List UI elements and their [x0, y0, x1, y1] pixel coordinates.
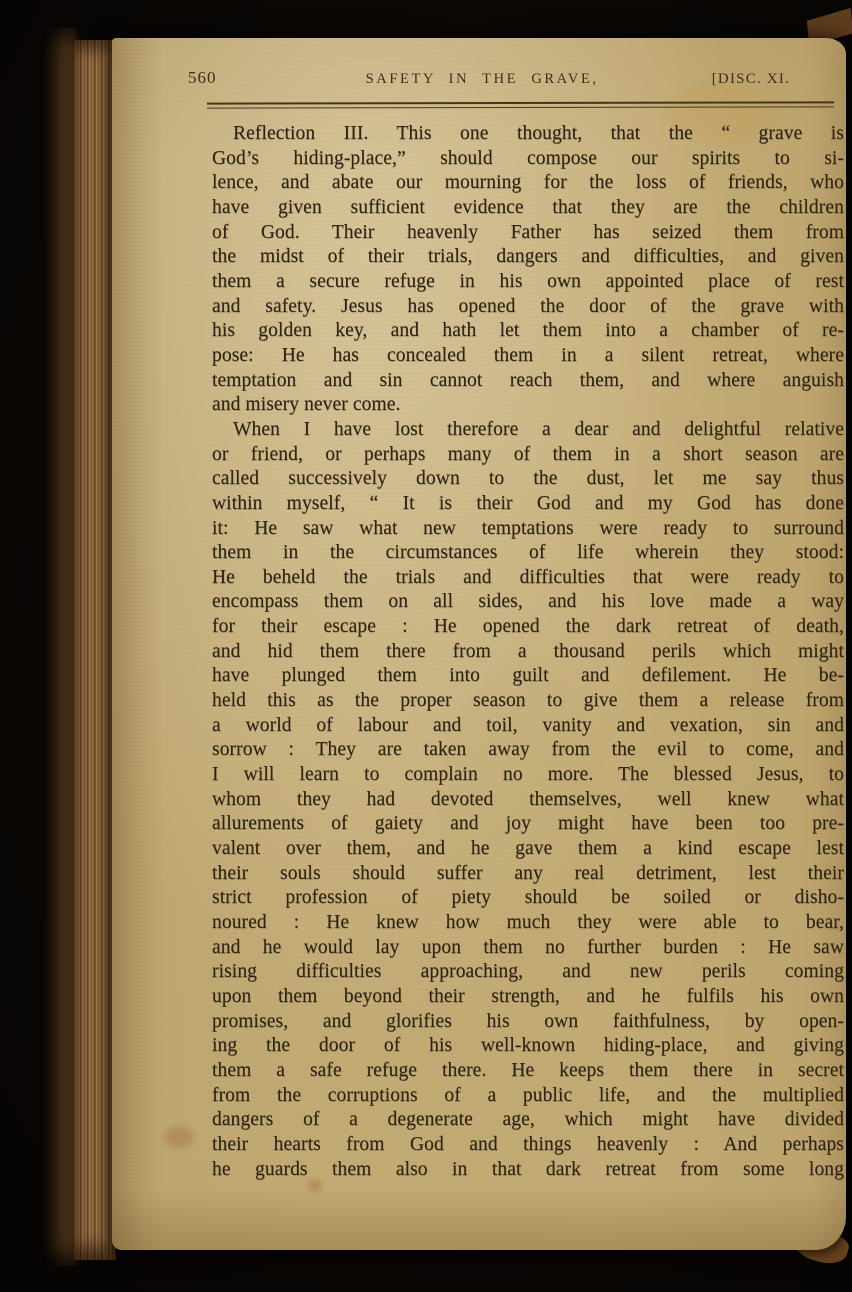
text-line: lence, and abate our mourning for the lo…	[212, 171, 844, 196]
text-line: rising difficulties approaching, and new…	[212, 960, 844, 985]
text-line: valent over them, and he gave them a kin…	[212, 837, 844, 862]
text-line: Reflection III. This one thought, that t…	[212, 122, 844, 147]
text-line: it: He saw what new temptations were rea…	[212, 517, 844, 542]
book-page-edges	[73, 40, 116, 1260]
text-line: allurements of gaiety and joy might have…	[212, 812, 844, 837]
text-line: promises, and glorifies his own faithful…	[212, 1010, 844, 1035]
section-label: [DISC. XI.	[712, 71, 790, 88]
text-line: of God. Their heavenly Father has seized…	[212, 221, 844, 246]
text-line: or friend, or perhaps many of them in a …	[212, 443, 844, 468]
running-header: 560 SAFETY IN THE GRAVE, [DISC. XI.	[112, 68, 846, 88]
text-line: noured : He knew how much they were able…	[212, 911, 844, 936]
text-line: his golden key, and hath let them into a…	[212, 319, 844, 344]
running-title: SAFETY IN THE GRAVE,	[366, 71, 599, 88]
text-line: strict profession of piety should be soi…	[212, 886, 844, 911]
text-line: their hearts from God and things heavenl…	[212, 1133, 844, 1158]
text-line: temptation and sin cannot reach them, an…	[212, 369, 844, 394]
text-line: called successively down to the dust, le…	[212, 467, 844, 492]
book-page: 560 SAFETY IN THE GRAVE, [DISC. XI. Refl…	[112, 38, 846, 1250]
text-line: a world of labour and toil, vanity and v…	[212, 714, 844, 739]
paper-stain	[164, 1126, 194, 1148]
text-line: within myself, “ It is their God and my …	[212, 492, 844, 517]
page-body: Reflection III. This one thought, that t…	[212, 122, 844, 1182]
text-line: them a secure refuge in his own appointe…	[212, 270, 844, 295]
text-line: held this as the proper season to give t…	[212, 689, 844, 714]
text-line: and misery never come.	[212, 393, 844, 418]
text-line: He beheld the trials and difficulties th…	[212, 566, 844, 591]
page-number: 560	[188, 68, 217, 88]
text-line: and safety. Jesus has opened the door of…	[212, 295, 844, 320]
text-line: the midst of their trials, dangers and d…	[212, 245, 844, 270]
paragraph: Reflection III. This one thought, that t…	[212, 122, 844, 418]
text-line: upon them beyond their strength, and he …	[212, 985, 844, 1010]
text-line: dangers of a degenerate age, which might…	[212, 1108, 844, 1133]
text-line: he guards them also in that dark retreat…	[212, 1158, 844, 1183]
text-line: and hid them there from a thousand peril…	[212, 640, 844, 665]
text-line: God’s hiding-place,” should compose our …	[212, 147, 844, 172]
text-line: ing the door of his well-known hiding-pl…	[212, 1034, 844, 1059]
text-line: from the corruptions of a public life, a…	[212, 1084, 844, 1109]
text-line: have given sufficient evidence that they…	[212, 196, 844, 221]
text-line: have plunged them into guilt and defilem…	[212, 664, 844, 689]
text-line: I will learn to complain no more. The bl…	[212, 763, 844, 788]
text-line: them a safe refuge there. He keeps them …	[212, 1059, 844, 1084]
text-line: encompass them on all sides, and his lov…	[212, 590, 844, 615]
paragraph: When I have lost therefore a dear and de…	[212, 418, 844, 1182]
header-rule	[207, 101, 834, 108]
text-line: for their escape : He opened the dark re…	[212, 615, 844, 640]
text-line: pose: He has concealed them in a silent …	[212, 344, 844, 369]
text-line: them in the circumstances of life wherei…	[212, 541, 844, 566]
text-line: and he would lay upon them no further bu…	[212, 936, 844, 961]
text-line: sorrow : They are taken away from the ev…	[212, 738, 844, 763]
book-photo: 560 SAFETY IN THE GRAVE, [DISC. XI. Refl…	[0, 0, 852, 1292]
text-line: whom they had devoted themselves, well k…	[212, 788, 844, 813]
text-line: their souls should suffer any real detri…	[212, 862, 844, 887]
text-line: When I have lost therefore a dear and de…	[212, 418, 844, 443]
